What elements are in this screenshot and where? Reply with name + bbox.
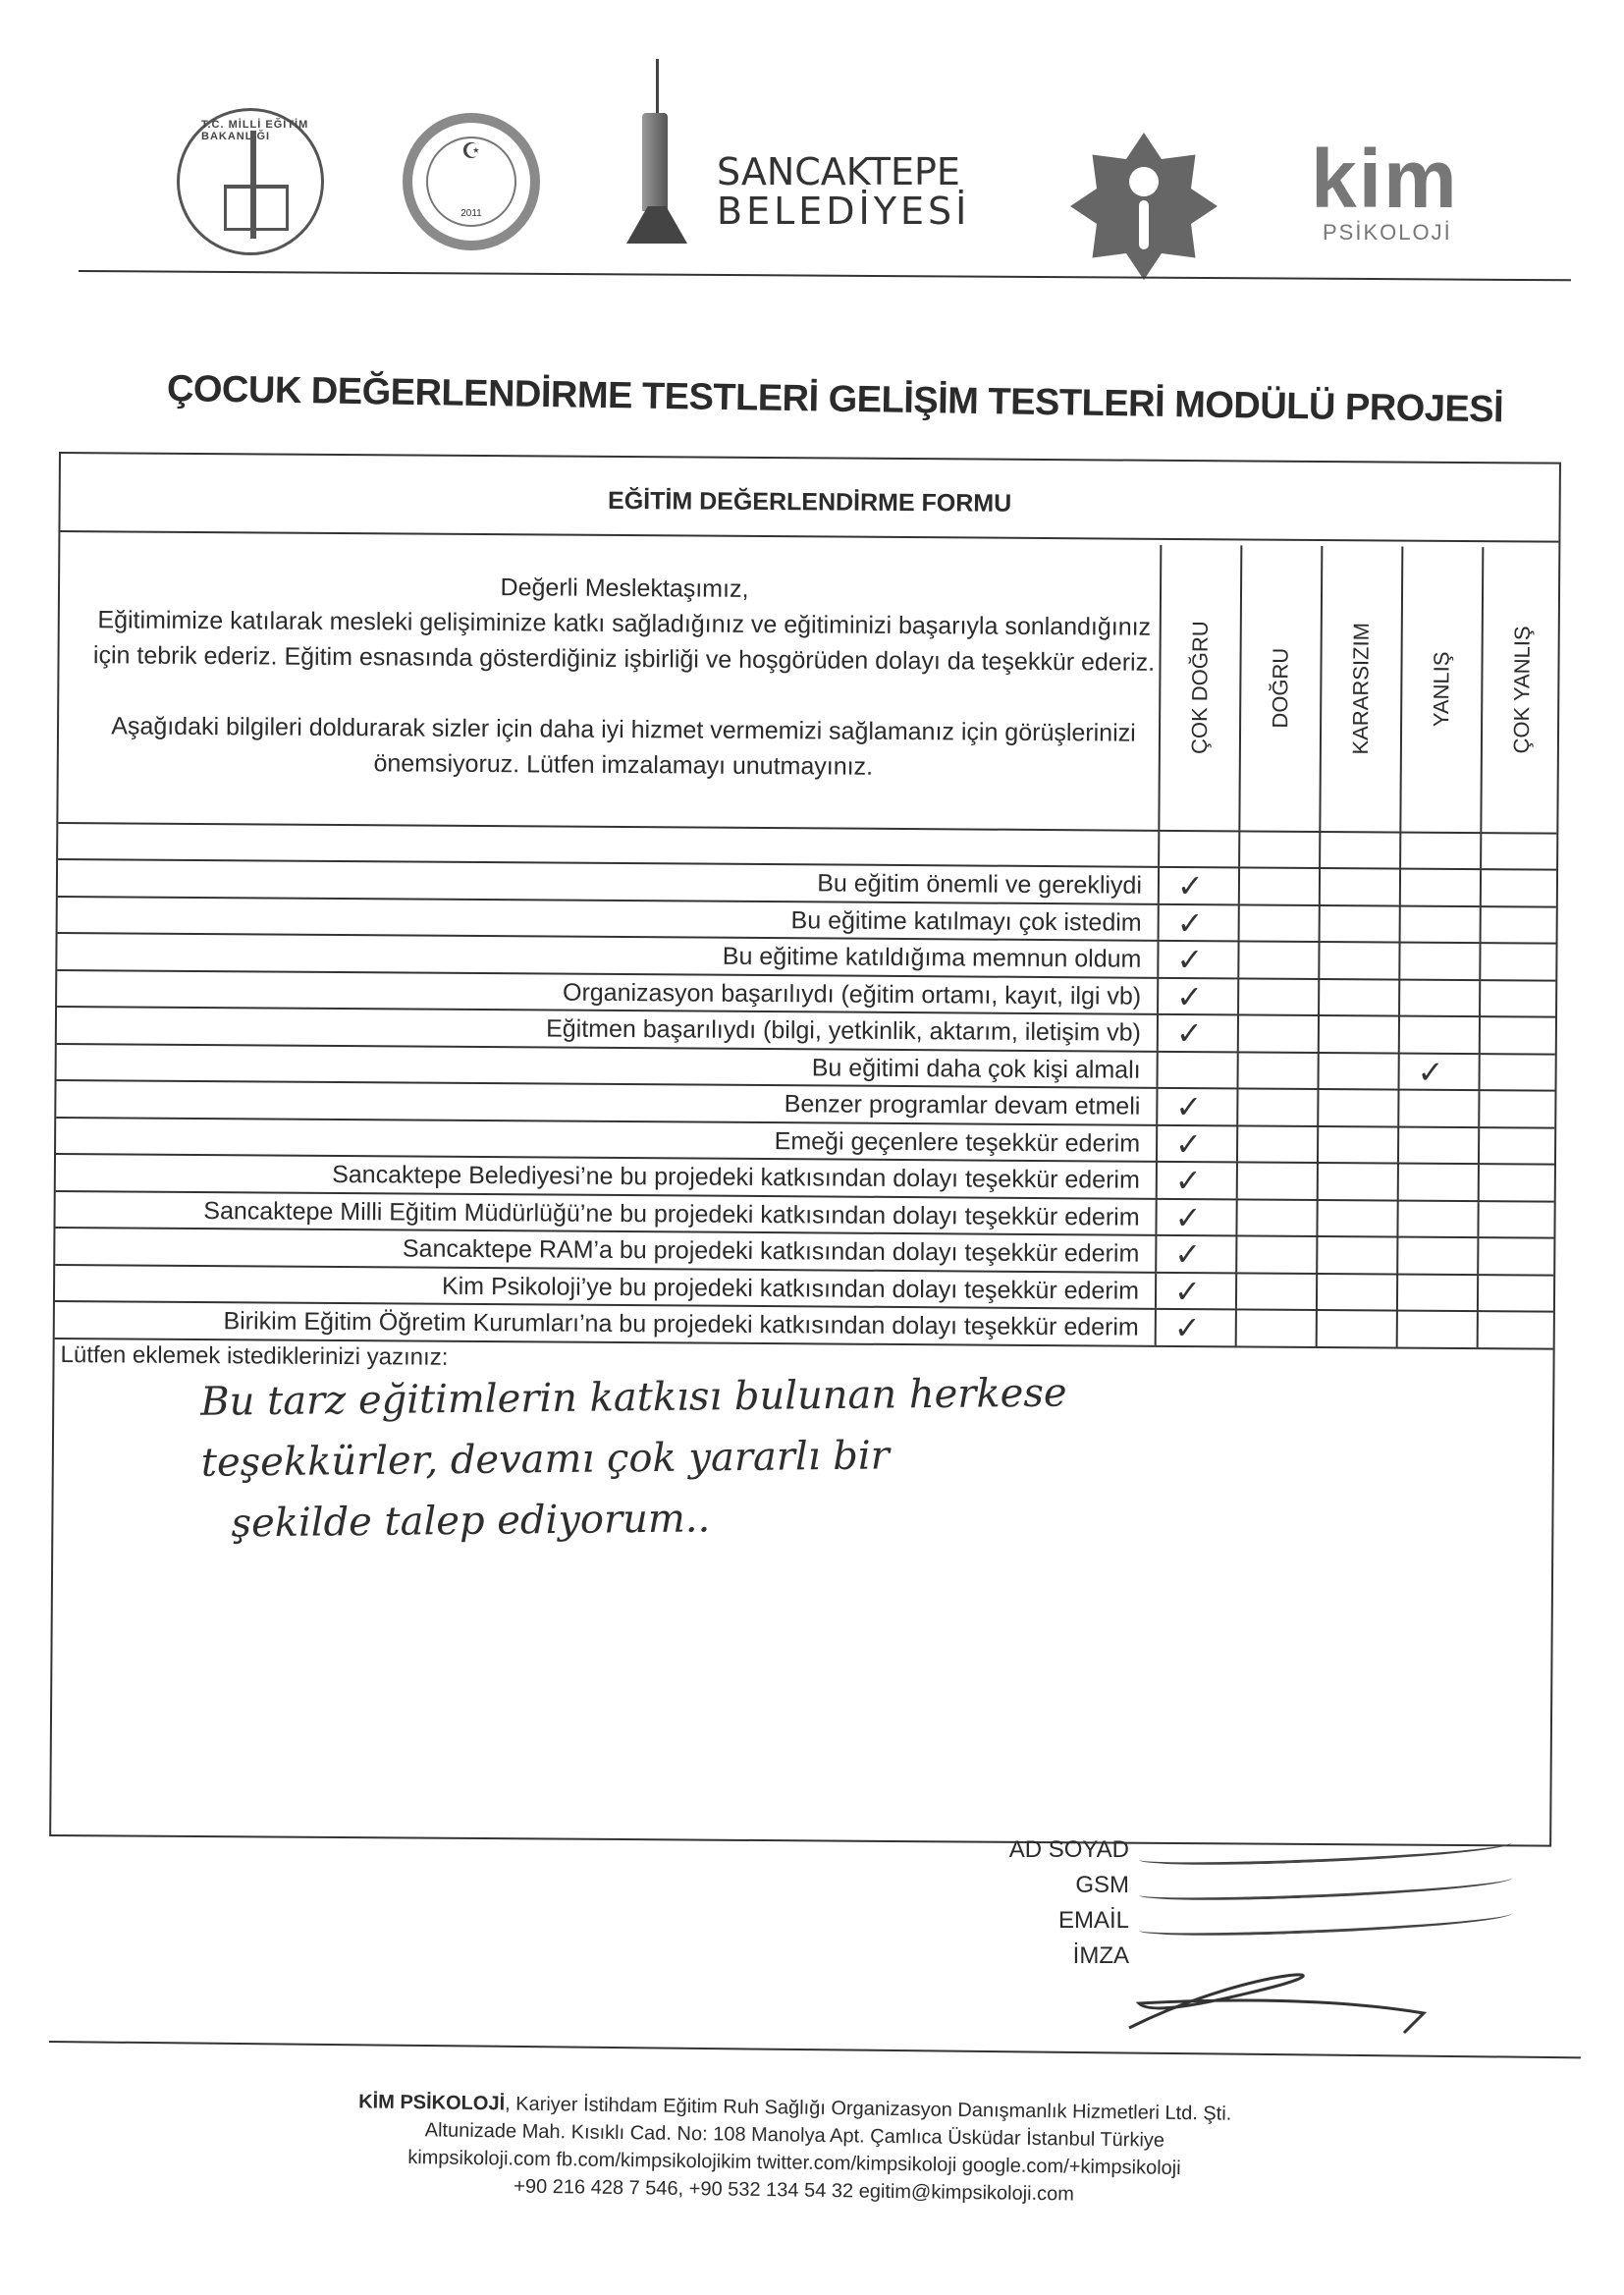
kim-psikoloji-logo: kim PSİKOLOJİ <box>1311 137 1507 246</box>
checkmark-icon: ✓ <box>1174 1312 1201 1343</box>
checkmark-icon: ✓ <box>1176 1017 1203 1049</box>
checkmark-icon: ✓ <box>1418 1056 1444 1087</box>
belediyesi-wordmark: BELEDİYESİ <box>717 191 970 231</box>
rating-cell[interactable] <box>1238 868 1319 903</box>
kim-wordmark: kim <box>1311 137 1507 220</box>
rating-column-label: DOĞRU <box>1268 648 1294 729</box>
email-field[interactable] <box>1139 1904 1513 1939</box>
ram-logo: ☪ 2011 <box>403 113 540 250</box>
rating-cell[interactable] <box>1235 1236 1316 1272</box>
checkmark-icon: ✓ <box>1176 944 1203 975</box>
person-figure-icon <box>1129 167 1159 196</box>
rating-cell[interactable] <box>1396 1238 1477 1274</box>
rating-cell[interactable] <box>1237 979 1318 1014</box>
rating-cell[interactable] <box>1236 1126 1317 1162</box>
contact-block: AD SOYAD GSM EMAİL İMZA <box>982 1836 1591 1978</box>
rating-cell[interactable]: ✓ <box>1155 1236 1235 1272</box>
rating-column-label: KARARSIZIM <box>1348 623 1375 755</box>
rating-cell[interactable] <box>1398 944 1479 979</box>
sancaktepe-tower-logo <box>619 59 697 246</box>
rating-cell[interactable] <box>1319 869 1399 904</box>
rating-column-label: ÇOK DOĞRU <box>1187 621 1214 754</box>
handwritten-line: şekilde talep ediyorum.. <box>231 1483 1184 1554</box>
rating-cell[interactable] <box>1479 1055 1559 1090</box>
rating-cell[interactable] <box>1477 1202 1557 1237</box>
rating-column-headers: ÇOK DOĞRUDOĞRUKARARSIZIMYANLIŞÇOK YANLIŞ <box>1158 545 1562 833</box>
handwritten-comments: Bu tarz eğitimlerin katkısı bulunan herk… <box>200 1361 1184 1554</box>
rating-cell[interactable] <box>1398 1017 1479 1053</box>
statement-text: Sancaktepe RAM’a bu projedeki katkısında… <box>403 1232 1152 1270</box>
ram-logo-year: 2011 <box>412 208 530 219</box>
rating-cell[interactable]: ✓ <box>1158 868 1238 903</box>
rating-cell[interactable] <box>1478 1091 1558 1126</box>
form-heading: EĞİTİM DEĞERLENDİRME FORMU <box>61 483 1559 522</box>
logo-header: T.C. MİLLİ EĞİTİM BAKANLIĞI ☪ 2011 SANCA… <box>157 59 1512 265</box>
rating-cell[interactable]: ✓ <box>1157 978 1237 1013</box>
handwritten-line: Bu tarz eğitimlerin katkısı bulunan herk… <box>200 1361 1183 1432</box>
rating-cell[interactable] <box>1237 942 1318 977</box>
statement-text: Bu eğitime katılmayı çok istedim <box>790 904 1153 940</box>
statements-table: Bu eğitim önemli ve gerekliydi✓Bu eğitim… <box>54 822 1556 1385</box>
rating-cell[interactable] <box>1235 1310 1316 1345</box>
statement-text: Sancaktepe Belediyesi’ne bu projedeki ka… <box>332 1159 1152 1197</box>
checkmark-icon: ✓ <box>1175 1091 1202 1122</box>
rating-cell[interactable] <box>1398 980 1479 1015</box>
checkmark-icon: ✓ <box>1177 870 1204 902</box>
rating-cell[interactable] <box>1480 870 1560 905</box>
rating-cell[interactable] <box>1477 1276 1557 1311</box>
rating-cell[interactable] <box>1236 1089 1317 1124</box>
checkmark-icon: ✓ <box>1174 1201 1201 1232</box>
gsm-row: GSM <box>982 1872 1591 1907</box>
rating-column-header: ÇOK DOĞRU <box>1158 545 1240 831</box>
rating-cell[interactable] <box>1235 1274 1316 1309</box>
rating-cell[interactable] <box>1479 981 1559 1016</box>
crescent-star-icon: ☪ <box>461 138 481 164</box>
rating-cell[interactable] <box>1397 1091 1478 1126</box>
rating-cell[interactable] <box>1316 1274 1396 1309</box>
rating-cell[interactable]: ✓ <box>1158 904 1238 940</box>
footer: KİM PSİKOLOJİ, Kariyer İstihdam Eğitim R… <box>263 2087 1325 2212</box>
rating-cell[interactable] <box>1396 1312 1477 1347</box>
rating-cell[interactable] <box>1235 1200 1316 1235</box>
rating-cell[interactable] <box>1318 1053 1398 1088</box>
rating-column-header: YANLIŞ <box>1399 547 1482 833</box>
rating-column-header: KARARSIZIM <box>1319 546 1401 832</box>
statement-text: Emeği geçenlere teşekkür ederim <box>775 1125 1153 1161</box>
checkmark-icon: ✓ <box>1174 1275 1201 1306</box>
statement-text: Bu eğitim önemli ve gerekliydi <box>817 867 1154 902</box>
rating-cell[interactable]: ✓ <box>1157 942 1237 977</box>
checkmark-icon: ✓ <box>1175 1165 1202 1196</box>
name-label: AD SOYAD <box>1009 1836 1129 1864</box>
rating-cell[interactable] <box>1399 834 1480 869</box>
rating-cell[interactable] <box>1319 905 1399 941</box>
comments-label: Lütfen eklemek istediklerinizi yazınız: <box>60 1341 448 1372</box>
signature-mark[interactable] <box>1110 1959 1443 2038</box>
meb-logo: T.C. MİLLİ EĞİTİM BAKANLIĞI <box>177 108 324 255</box>
rating-cell[interactable] <box>1399 906 1480 942</box>
evaluation-form: EĞİTİM DEĞERLENDİRME FORMU Değerli Mesle… <box>49 452 1561 1847</box>
form-heading-divider <box>60 530 1558 543</box>
statement-text: Kim Psikoloji’ye bu projedeki katkısında… <box>442 1270 1151 1307</box>
statement-text: Eğitmen başarılıydı (bilgi, yetkinlik, a… <box>546 1012 1153 1049</box>
sancaktepe-wordmark: SANCAKTEPE <box>717 152 970 191</box>
rating-cell[interactable]: ✓ <box>1156 1125 1236 1161</box>
footer-brand: KİM PSİKOLOJİ <box>358 2091 505 2114</box>
rating-cell[interactable] <box>1399 870 1480 905</box>
rating-cell[interactable] <box>1158 832 1238 867</box>
rating-cell[interactable]: ✓ <box>1156 1163 1236 1198</box>
intro-paragraph-2: Aşağıdaki bilgileri doldurarak sizler iç… <box>79 708 1168 787</box>
rating-cell[interactable] <box>1316 1311 1396 1346</box>
tower-pole <box>656 59 659 118</box>
checkmark-icon: ✓ <box>1177 906 1204 938</box>
rating-cell[interactable] <box>1317 1164 1397 1199</box>
checkmark-icon: ✓ <box>1176 980 1203 1011</box>
rating-cell[interactable] <box>1480 834 1560 869</box>
gsm-field[interactable] <box>1139 1869 1513 1903</box>
rating-column-label: YANLIŞ <box>1429 651 1455 727</box>
rating-cell[interactable] <box>1319 833 1399 868</box>
tower-base <box>626 206 687 244</box>
rating-cell[interactable] <box>1318 943 1398 978</box>
rating-cell[interactable] <box>1317 1126 1397 1162</box>
rating-cell[interactable]: ✓ <box>1398 1054 1479 1089</box>
rating-cell[interactable] <box>1237 1015 1318 1051</box>
statement-text: Benzer programlar devam etmeli <box>785 1088 1153 1123</box>
rating-cell[interactable] <box>1318 1016 1398 1052</box>
checkmark-icon: ✓ <box>1174 1238 1201 1270</box>
page-title: ÇOCUK DEĞERLENDİRME TESTLERİ GELİŞİM TES… <box>167 368 1493 431</box>
rating-cell[interactable]: ✓ <box>1155 1273 1235 1308</box>
intro-paragraph-1: Eğitimimize katılarak mesleki gelişimini… <box>79 602 1168 681</box>
rating-cell[interactable] <box>1397 1127 1478 1163</box>
rating-column-header: DOĞRU <box>1238 545 1321 831</box>
tower-body <box>642 113 668 211</box>
rating-cell[interactable] <box>1479 1017 1559 1053</box>
rating-cell[interactable] <box>1157 1052 1237 1087</box>
footer-divider <box>49 2041 1581 2058</box>
rating-cell[interactable] <box>1316 1237 1396 1273</box>
sancaktepe-belediyesi-logo: SANCAKTEPE BELEDİYESİ <box>717 152 970 231</box>
rating-cell[interactable] <box>1480 907 1560 943</box>
rating-cell[interactable] <box>1478 1165 1558 1200</box>
rating-cell[interactable] <box>1238 905 1319 941</box>
psikoloji-wordmark: PSİKOLOJİ <box>1323 220 1507 246</box>
handwritten-line: teşekkürler, devamı çok yararlı bir <box>201 1422 1184 1493</box>
meb-logo-text: T.C. MİLLİ EĞİTİM BAKANLIĞI <box>201 119 321 142</box>
rating-cell[interactable] <box>1317 1090 1397 1125</box>
rating-cell[interactable]: ✓ <box>1155 1310 1235 1345</box>
rating-cell[interactable]: ✓ <box>1156 1089 1236 1124</box>
email-row: EMAİL <box>982 1907 1591 1942</box>
rating-cell[interactable] <box>1397 1165 1478 1200</box>
rating-cell[interactable] <box>1477 1312 1557 1347</box>
rating-cell[interactable] <box>1316 1200 1396 1235</box>
rating-cell[interactable] <box>1479 944 1559 979</box>
rating-column-header: ÇOK YANLIŞ <box>1480 547 1562 833</box>
rating-cell[interactable] <box>1396 1275 1477 1310</box>
intro-text: Değerli Meslektaşımız, Eğitimimize katıl… <box>79 567 1169 787</box>
name-field[interactable] <box>1139 1833 1513 1868</box>
statement-text: Bu eğitimi daha çok kişi almalı <box>812 1052 1153 1086</box>
header-divider <box>79 270 1571 281</box>
statement-text: Bu eğitime katıldığıma memnun oldum <box>723 941 1154 976</box>
birikim-star-logo <box>1070 133 1218 280</box>
rating-cell[interactable] <box>1237 1053 1318 1088</box>
email-label: EMAİL <box>1058 1907 1129 1935</box>
checkmark-icon: ✓ <box>1175 1127 1202 1159</box>
rating-cell[interactable] <box>1318 979 1398 1014</box>
rating-cell[interactable]: ✓ <box>1155 1199 1235 1234</box>
rating-cell[interactable] <box>1238 832 1319 867</box>
rating-cell[interactable] <box>1478 1128 1558 1164</box>
rating-cell[interactable]: ✓ <box>1157 1015 1237 1051</box>
rating-cell[interactable] <box>1477 1238 1557 1274</box>
gsm-label: GSM <box>1075 1872 1129 1899</box>
statement-text: Organizasyon başarılıydı (eğitim ortamı,… <box>563 976 1153 1012</box>
rating-cell[interactable] <box>1236 1163 1317 1198</box>
rating-column-label: ÇOK YANLIŞ <box>1509 626 1536 753</box>
name-row: AD SOYAD <box>982 1836 1591 1872</box>
rating-cell[interactable] <box>1396 1201 1477 1236</box>
